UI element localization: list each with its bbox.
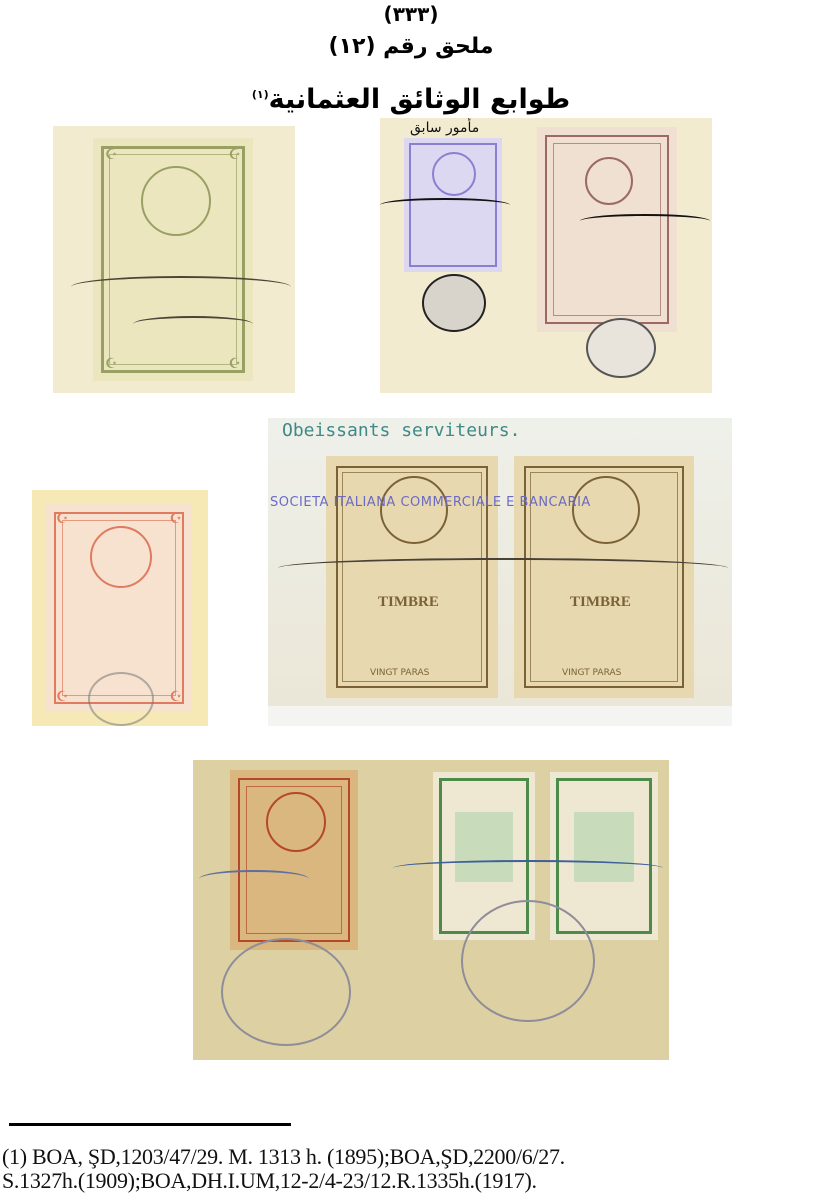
crescent-star-icon: ☪: [105, 148, 118, 162]
red-tughra-stamp: [230, 770, 358, 950]
star-emblem: [585, 157, 633, 205]
annex-label: ملحق رقم (١٢): [0, 32, 822, 62]
company-rubber-stamp: SOCIETA ITALIANA COMMERCIALE E BANCARIA: [270, 495, 591, 510]
stamp-center-text: TIMBRE: [570, 594, 631, 611]
tughra-crescent: [90, 526, 152, 588]
crescent-star-icon: ☪: [105, 357, 118, 371]
crescent-star-icon: ☪: [228, 357, 241, 371]
crescent-star-icon: ☪: [169, 512, 182, 526]
crescent-star-icon: ☪: [56, 690, 69, 704]
stamp-center-text: TIMBRE: [378, 594, 439, 611]
mount-strip: [268, 706, 732, 726]
blue-ink-annotation: [393, 860, 663, 876]
ink-signature: [133, 316, 253, 332]
figure-green-camel-stamps: [193, 760, 669, 1060]
ink-signature: [71, 276, 291, 298]
tughra-crescent: [266, 792, 326, 852]
black-seal: [422, 274, 486, 332]
blue-ink-annotation: [199, 870, 309, 888]
page-title-text: طوابع الوثائق العثمانية: [269, 84, 571, 115]
figure-red-stamp: ☪ ☪ ☪ ☪: [32, 490, 208, 726]
ink-signature: [278, 558, 728, 578]
crescent-star-icon: ☪: [228, 148, 241, 162]
postmark: [461, 900, 595, 1022]
manuscript-annotation: مأمور سابق: [410, 120, 479, 136]
tughra-crescent: [380, 476, 448, 544]
tughra-crescent: [141, 166, 211, 236]
crescent-star-icon: ☪: [169, 690, 182, 704]
ink-annotation: [580, 214, 710, 228]
stamp-value-text: VINGT PARAS: [370, 668, 429, 678]
figure-violet-brown-stamps: مأمور سابق: [380, 118, 712, 393]
footnote-ref: (١): [252, 88, 269, 101]
black-seal: [586, 318, 656, 378]
footnote: (1) BOA, ŞD,1203/47/29. M. 1313 h. (1895…: [2, 1145, 822, 1193]
footnote-rule: [9, 1123, 291, 1126]
figure-olive-stamp: ☪ ☪ ☪ ☪: [53, 126, 295, 393]
brown-revenue-stamp: [537, 127, 677, 332]
footnote-line-2: S.1327h.(1909);BOA,DH.I.UM,12-2/4-23/12.…: [2, 1169, 822, 1193]
olive-revenue-stamp: ☪ ☪ ☪ ☪: [93, 138, 253, 381]
stamp-value-text: VINGT PARAS: [562, 668, 621, 678]
crescent-star-icon: ☪: [56, 512, 69, 526]
tughra-crescent: [572, 476, 640, 544]
postmark: [88, 672, 154, 726]
typed-text: Obeissants serviteurs.: [282, 420, 520, 441]
ink-annotation: [380, 198, 510, 212]
figure-timbre-pair: Obeissants serviteurs. TIMBRE VINGT PARA…: [268, 418, 732, 726]
page-number: (٣٣٣): [0, 0, 822, 28]
postmark: [221, 938, 351, 1046]
page-title: طوابع الوثائق العثمانية(١): [0, 78, 822, 117]
tughra-crescent: [432, 152, 476, 196]
footnote-line-1: (1) BOA, ŞD,1203/47/29. M. 1313 h. (1895…: [2, 1145, 822, 1169]
